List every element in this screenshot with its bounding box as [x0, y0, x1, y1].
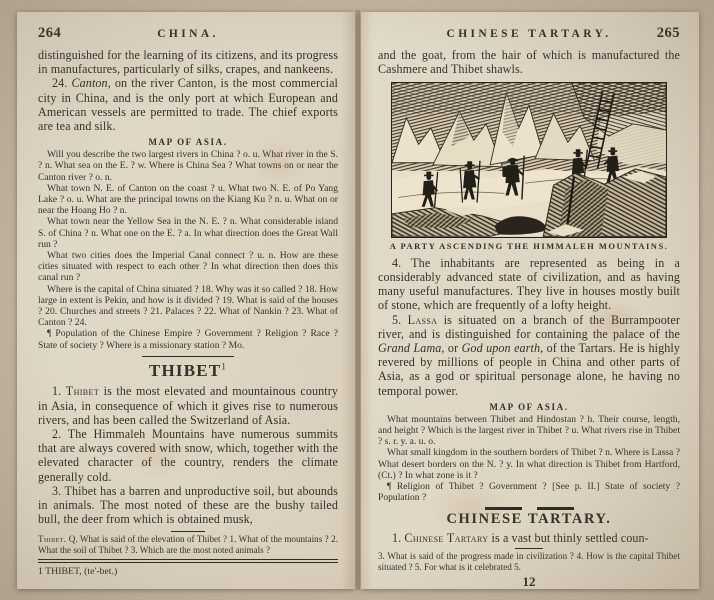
map-of-asia-heading-right: MAP OF ASIA. [378, 402, 680, 412]
left-running-head: CHINA. [157, 28, 219, 40]
chinese-tartary-section-heading: CHINESE TARTARY. [378, 511, 680, 528]
right-page-header: CHINESE TARTARY. 265 [378, 25, 680, 42]
section-divider-rule [142, 356, 234, 358]
question-block: What town N. E. of Canton on the coast ?… [38, 183, 338, 217]
paragraph-thibet-1: 1. Thibet is the most elevated and mount… [38, 384, 338, 427]
page-left: 264 CHINA. distinguished for the learnin… [17, 12, 355, 589]
paragraph-goat-continuation: and the goat, from the hair of which is … [378, 48, 680, 76]
thibet-review-questions: Thibet. Q. What is said of the elevation… [38, 534, 338, 556]
thibet-heading-text: THIBET [149, 361, 221, 380]
question-block: What town near the Yellow Sea in the N. … [38, 216, 338, 250]
page-gutter-seam [356, 10, 360, 590]
paragraph-china-continuation: distinguished for the learning of its ci… [38, 48, 338, 76]
paragraph-thibet-2: 2. The Himmaleh Mountains have numerous … [38, 427, 338, 484]
map-of-asia-heading-left: MAP OF ASIA. [38, 137, 338, 147]
paragraph-lassa: 5. Lassa is situated on a branch of the … [378, 313, 680, 398]
right-page-number: 265 [612, 25, 681, 42]
signature-mark: 12 [378, 574, 680, 589]
thibet-section-heading: THIBET1 [38, 361, 338, 381]
paragraph-thibet-3: 3. Thibet has a barren and unproductive … [38, 484, 338, 527]
paragraph-canton: 24. Canton, on the river Canton, is the … [38, 76, 338, 133]
question-block: What two cities does the Imperial Canal … [38, 250, 338, 284]
footnote-divider-rule [171, 531, 205, 533]
engraving-caption: A PARTY ASCENDING THE HIMMALEH MOUNTAINS… [378, 241, 680, 251]
thibet-footnote-ref: 1 [221, 362, 227, 372]
page-right: CHINESE TARTARY. 265 and the goat, from … [361, 12, 699, 589]
question-block: Will you describe the two largest rivers… [38, 149, 338, 183]
book-scan: 264 CHINA. distinguished for the learnin… [0, 0, 714, 600]
section-double-rule [378, 507, 680, 509]
left-page-header: 264 CHINA. [38, 25, 338, 42]
right-running-head: CHINESE TARTARY. [446, 28, 611, 40]
question-block: Where is the capital of China situated ?… [38, 284, 338, 329]
pronunciation-footnote: 1 THIBET, (te'-bet.) [38, 566, 338, 577]
question-block: What mountains between Thibet and Hindos… [378, 414, 680, 448]
himmaleh-engraving-image [392, 83, 666, 236]
footnote-divider-rule [515, 548, 543, 550]
footnote-separator-rule [38, 559, 338, 563]
question-block: ¶ Religion of Thibet ? Government ? [See… [378, 481, 680, 503]
himmaleh-engraving [391, 82, 667, 237]
question-block: What small kingdom in the southern borde… [378, 447, 680, 481]
left-page-number: 264 [38, 25, 157, 42]
question-block: ¶ Population of the Chinese Empire ? Gov… [38, 328, 338, 350]
paragraph-chinese-tartary-1: 1. Chinese Tartary is a vast but thinly … [378, 531, 680, 545]
tartary-review-questions: 3. What is said of the progress made in … [378, 551, 680, 573]
paragraph-inhabitants: 4. The inhabitants are represented as be… [378, 256, 680, 313]
